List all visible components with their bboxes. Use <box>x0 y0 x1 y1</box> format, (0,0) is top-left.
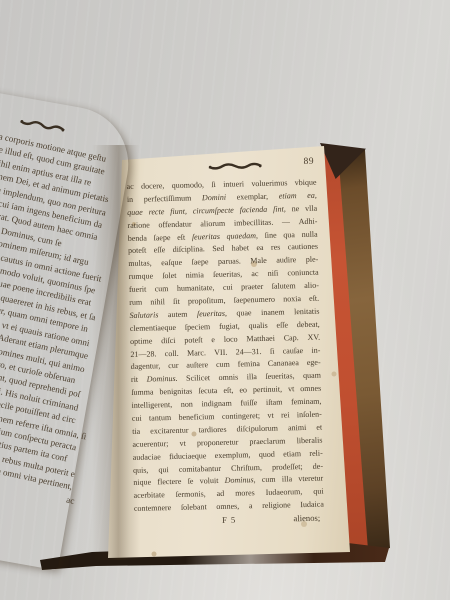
fleuron-ornament-icon <box>208 161 262 171</box>
gutter-shadow <box>92 145 140 560</box>
left-page-text: ſta corporis motione atque geſtuile illu… <box>0 116 174 491</box>
left-page-lines: ſta corporis motione atque geſtuile illu… <box>0 129 174 478</box>
book-photo: ſta corporis motione atque geſtuile illu… <box>0 0 450 600</box>
page-number: 89 <box>303 157 314 167</box>
catchword: alienos; <box>293 513 320 524</box>
